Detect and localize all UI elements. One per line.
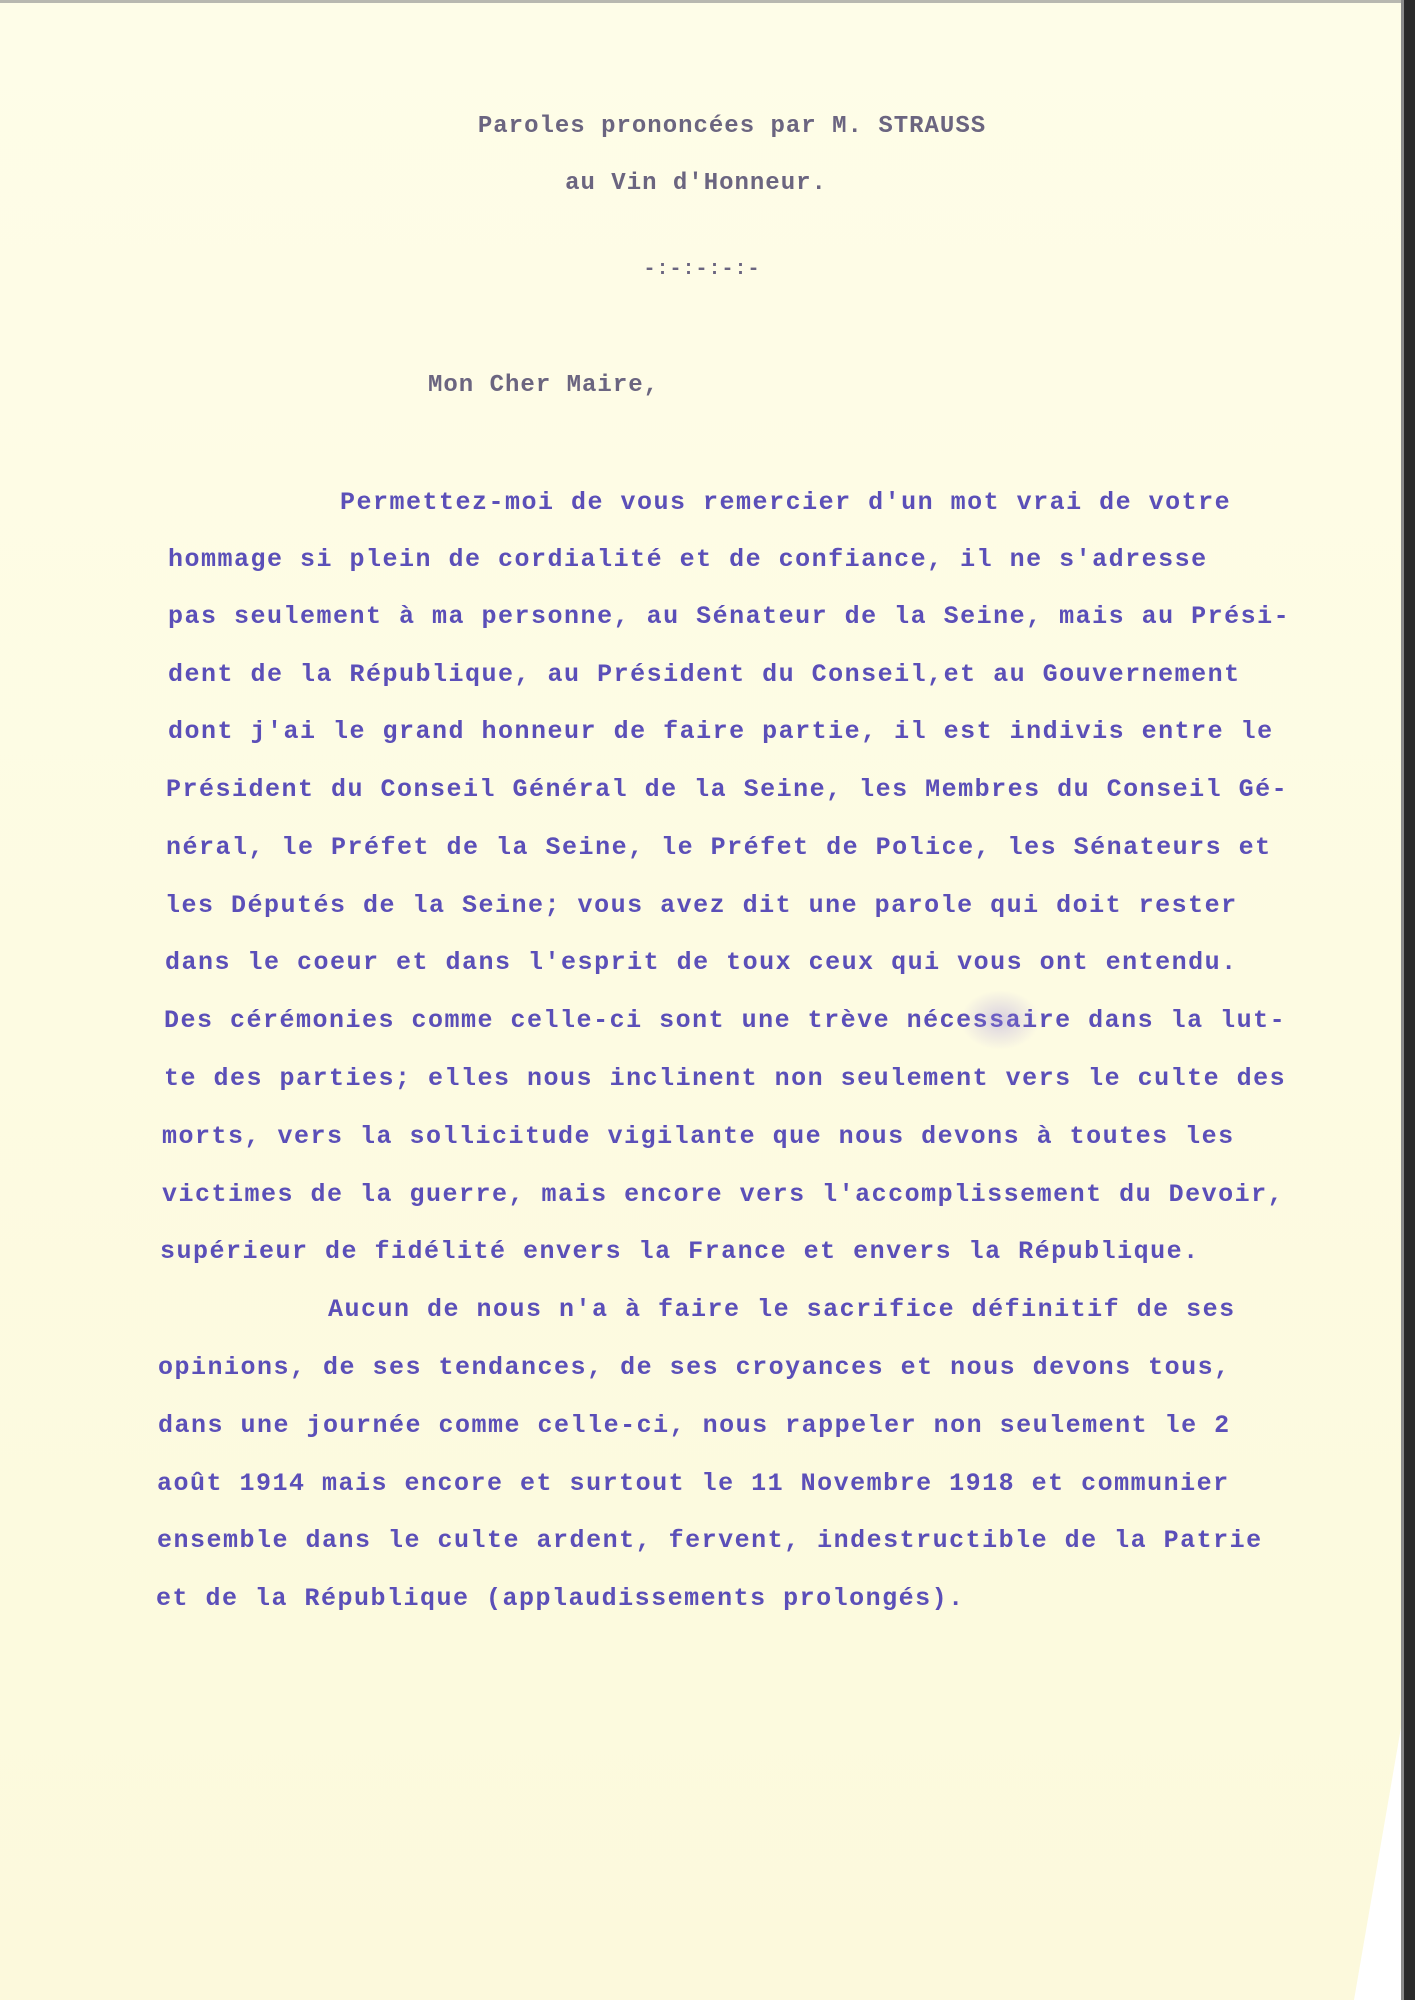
text-line: Président du Conseil Général de la Seine… xyxy=(166,775,1288,804)
text-line: opinions, de ses tendances, de ses croya… xyxy=(158,1353,1231,1382)
text-line: Des cérémonies comme celle-ci sont une t… xyxy=(164,1006,1286,1035)
ink-smudge xyxy=(960,990,1040,1050)
text-line: dent de la République, au Président du C… xyxy=(168,660,1241,689)
text-line: août 1914 mais encore et surtout le 11 N… xyxy=(157,1469,1230,1498)
document-page: Paroles prononcées par M. STRAUSS au Vin… xyxy=(0,0,1404,2000)
page-top-edge xyxy=(0,0,1404,3)
text-line: dont j'ai le grand honneur de faire part… xyxy=(168,717,1274,746)
text-line: hommage si plein de cordialité et de con… xyxy=(168,545,1208,574)
text-line: néral, le Préfet de la Seine, le Préfet … xyxy=(166,833,1272,862)
text-line: et de la République (applaudissements pr… xyxy=(156,1584,965,1613)
text-line: victimes de la guerre, mais encore vers … xyxy=(162,1180,1284,1209)
text-line: Permettez-moi de vous remercier d'un mot… xyxy=(340,488,1231,517)
title-separator: -:-:-:-:- xyxy=(0,258,1404,281)
text-line: te des parties; elles nous inclinent non… xyxy=(164,1064,1286,1093)
text-line: supérieur de fidélité envers la France e… xyxy=(160,1237,1200,1266)
text-line: morts, vers la sollicitude vigilante que… xyxy=(162,1122,1235,1151)
text-line: Aucun de nous n'a à faire le sacrifice d… xyxy=(328,1295,1236,1324)
page-corner-fold xyxy=(1354,1710,1404,2000)
text-line: ensemble dans le culte ardent, fervent, … xyxy=(157,1526,1263,1555)
text-line: dans une journée comme celle-ci, nous ra… xyxy=(158,1411,1231,1440)
document-title-line-1: Paroles prononcées par M. STRAUSS xyxy=(30,113,1415,140)
scan-edge-right xyxy=(1401,0,1415,2000)
salutation: Mon Cher Maire, xyxy=(428,372,659,399)
text-line: les Députés de la Seine; vous avez dit u… xyxy=(165,891,1238,920)
document-title-line-2: au Vin d'Honneur. xyxy=(0,170,1398,197)
text-line: pas seulement à ma personne, au Sénateur… xyxy=(168,602,1290,631)
text-line: dans le coeur et dans l'esprit de toux c… xyxy=(165,948,1238,977)
